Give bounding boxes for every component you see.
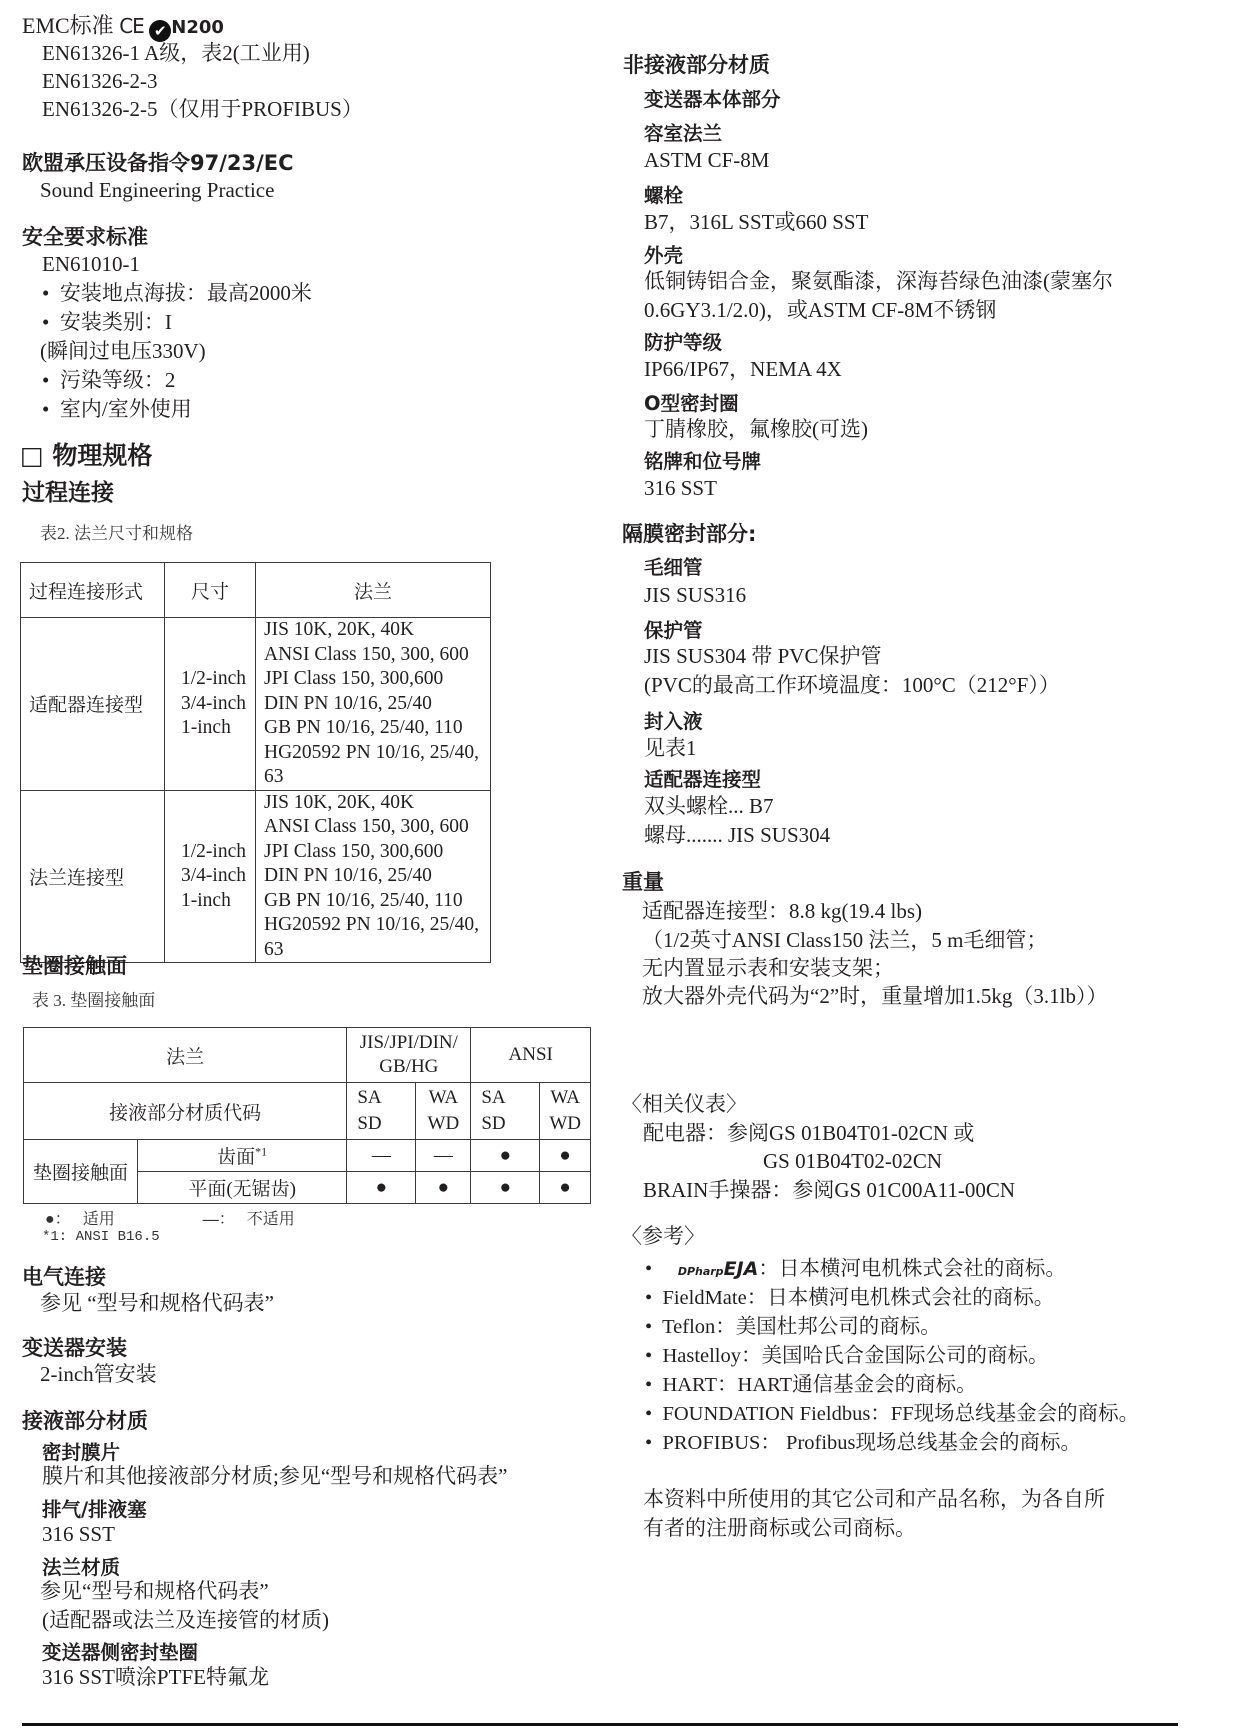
table-row: 法兰连接型 1/2-inch 3/4-inch 1-inch JIS 10K, … <box>21 790 491 963</box>
connection-type-cell: 适配器连接型 <box>21 618 165 791</box>
flange-value: JIS 10K, 20K, 40K <box>264 791 490 816</box>
bullet: • <box>645 1432 652 1454</box>
flange-value: HG20592 PN 10/16, 25/40, 63 <box>264 741 490 790</box>
table-legend: ●： 适用 —： 不适用 <box>45 1206 295 1229</box>
reference-heading: 〈参考〉 <box>621 1220 705 1250</box>
wetted-item-value: 316 SST喷涂PTFE特氟龙 <box>42 1664 269 1691</box>
flange-value: JPI Class 150, 300,600 <box>264 840 490 865</box>
code: SD <box>481 1111 539 1137</box>
code: SD <box>357 1111 415 1137</box>
value-cell: ● <box>347 1172 416 1204</box>
reference-text: ：日本横河电机株式会社的商标。 <box>758 1258 1066 1280</box>
c-tick-mark-icon: ✔ <box>149 20 171 42</box>
process-connection-heading: 过程连接 <box>22 474 114 507</box>
table-header-row: 法兰 JIS/JPI/DIN/ GB/HG ANSI <box>24 1028 591 1083</box>
wetted-item-value: 参见“型号和规格代码表” <box>40 1578 269 1605</box>
code: WD <box>540 1111 590 1137</box>
weight-line: 适配器连接型：8.8 kg(19.4 lbs) <box>642 898 922 925</box>
safety-item: • 安装地点海拔：最高2000米 <box>42 280 312 307</box>
code-cell: WAWD <box>540 1083 591 1140</box>
flange-cell: JIS 10K, 20K, 40K ANSI Class 150, 300, 6… <box>256 790 491 963</box>
code: WA <box>416 1085 470 1111</box>
weight-line: 放大器外壳代码为“2”时，重量增加1.5kg（3.1lb）） <box>642 983 1107 1010</box>
diaphragm-item-value: JIS SUS316 <box>644 582 746 609</box>
diaphragm-item-label: 保护管 <box>644 615 703 643</box>
diaphragm-item-value: 螺母....... JIS SUS304 <box>644 822 830 849</box>
code: WA <box>540 1085 590 1111</box>
flange-value: GB PN 10/16, 25/40, 110 <box>264 716 490 741</box>
non-wetted-item-label: 铭牌和位号牌 <box>644 446 761 474</box>
safety-item-text: 污染等级：2 <box>60 368 176 392</box>
wetted-item-value: 膜片和其他接液部分材质;参见“型号和规格代码表” <box>42 1463 507 1490</box>
reference-item: • PROFIBUS： Profibus现场总线基金会的商标。 <box>645 1425 1081 1455</box>
wetted-material-heading: 接液部分材质 <box>22 1405 148 1435</box>
emc-title: EMC标准 <box>22 13 114 38</box>
safety-item: • 室内/室外使用 <box>42 396 192 423</box>
wetted-item-value: (适配器或法兰及连接管的材质) <box>42 1607 329 1634</box>
flange-value: JIS 10K, 20K, 40K <box>264 618 490 643</box>
value-cell: — <box>347 1140 416 1172</box>
diaphragm-item-value: JIS SUS304 带 PVC保护管 <box>644 643 881 670</box>
table-row: 接液部分材质代码 SASD WAWD SASD WAWD <box>24 1083 591 1140</box>
bullet: • <box>645 1258 652 1280</box>
weight-line: （1/2英寸ANSI Class150 法兰，5 m毛细管； <box>642 927 1047 954</box>
code-cell: SASD <box>347 1083 416 1140</box>
flange-cell: JIS 10K, 20K, 40K ANSI Class 150, 300, 6… <box>256 618 491 791</box>
non-wetted-item-label: 防护等级 <box>644 327 722 355</box>
reference-item: • FieldMate：日本横河电机株式会社的商标。 <box>645 1280 1054 1310</box>
applicable-label: 适用 <box>83 1211 115 1228</box>
safety-item-note: (瞬间过电压330V) <box>40 338 206 365</box>
non-wetted-item-label: O型密封圈 <box>644 388 739 416</box>
wetted-item-label: 法兰材质 <box>42 1552 120 1580</box>
size-value: 3/4-inch <box>181 692 255 717</box>
diaphragm-item-value: 双头螺栓... B7 <box>644 793 774 820</box>
header-cell: 法兰 <box>256 563 491 618</box>
flange-value: GB PN 10/16, 25/40, 110 <box>264 889 490 914</box>
mounting-text: 2-inch管安装 <box>40 1361 157 1388</box>
non-wetted-item-value: B7，316L SST或660 SST <box>644 209 868 236</box>
trademark-note: 本资料中所使用的其它公司和产品名称，为各自所 <box>643 1486 1105 1513</box>
reference-text: FOUNDATION Fieldbus：FF现场总线基金会的商标。 <box>662 1403 1139 1425</box>
group-label: GB/HG <box>347 1055 470 1079</box>
diaphragm-item-label: 毛细管 <box>644 552 703 580</box>
bullet: • <box>645 1287 652 1309</box>
code-cell: SASD <box>471 1083 540 1140</box>
row-label: 齿面*1 <box>138 1140 347 1172</box>
table2-caption: 表2. 法兰尺寸和规格 <box>40 519 193 544</box>
dpharp-logo: DPharp <box>678 1265 724 1278</box>
table-header-row: 过程连接形式 尺寸 法兰 <box>21 563 491 618</box>
reference-text: Teflon：美国杜邦公司的商标。 <box>662 1316 941 1338</box>
checkbox-icon: □ <box>20 441 44 470</box>
table-row: 适配器连接型 1/2-inch 3/4-inch 1-inch JIS 10K,… <box>21 618 491 791</box>
code: SA <box>357 1085 415 1111</box>
reference-text: PROFIBUS： Profibus现场总线基金会的商标。 <box>662 1432 1081 1454</box>
safety-item-text: 安装类别：I <box>60 310 172 334</box>
bullet: • <box>645 1316 652 1338</box>
non-wetted-subtitle: 变送器本体部分 <box>644 84 781 112</box>
related-line: 配电器：参阅GS 01B04T01-02CN 或 <box>643 1120 974 1147</box>
row-label: 平面(无锯齿) <box>138 1172 347 1204</box>
connection-type-cell: 法兰连接型 <box>21 790 165 963</box>
ce-mark-icon: CE <box>119 14 144 38</box>
value-cell: ● <box>540 1172 591 1204</box>
size-value: 1/2-inch <box>181 840 255 865</box>
bottom-divider <box>22 1723 1178 1726</box>
bullet: • <box>645 1345 652 1367</box>
reference-text: Hastelloy：美国哈氏合金国际公司的商标。 <box>662 1345 1048 1367</box>
wetted-item-label: 排气/排液塞 <box>42 1494 147 1522</box>
material-code-label: 接液部分材质代码 <box>24 1083 347 1140</box>
gasket-contact-table: 法兰 JIS/JPI/DIN/ GB/HG ANSI 接液部分材质代码 SASD… <box>23 1027 591 1204</box>
reference-item: • Hastelloy：美国哈氏合金国际公司的商标。 <box>645 1338 1049 1368</box>
flange-value: ANSI Class 150, 300, 600 <box>264 643 490 668</box>
flange-value: ANSI Class 150, 300, 600 <box>264 815 490 840</box>
emc-line: EN61326-2-3 <box>42 68 157 95</box>
header-cell: 尺寸 <box>165 563 256 618</box>
non-wetted-item-value: 丁腈橡胶，氟橡胶(可选) <box>644 416 868 443</box>
value-cell: ● <box>471 1172 540 1204</box>
value-cell: ● <box>540 1140 591 1172</box>
safety-item: • 污染等级：2 <box>42 367 175 394</box>
related-line: GS 01B04T02-02CN <box>763 1148 942 1175</box>
footnote-ref: *1 <box>255 1145 267 1159</box>
non-wetted-item-value: 低铜铸铝合金，聚氨酯漆，深海苔绿色油漆(蒙塞尔 <box>644 268 1113 295</box>
emc-heading: EMC标准 CE ✔N200 <box>22 12 224 42</box>
bullet: • <box>645 1403 652 1425</box>
jis-group-header-cell: JIS/JPI/DIN/ GB/HG <box>347 1028 471 1083</box>
diaphragm-item-value: (PVC的最高工作环境温度：100°C（212°F）） <box>644 672 1060 699</box>
non-wetted-item-label: 容室法兰 <box>644 118 722 146</box>
n200-mark: N200 <box>171 17 224 38</box>
gasket-heading: 垫圈接触面 <box>22 950 127 980</box>
footnote: *1: ANSI B16.5 <box>42 1229 160 1245</box>
reference-text: HART：HART通信基金会的商标。 <box>662 1374 976 1396</box>
related-line: BRAIN手操器：参阅GS 01C00A11-00CN <box>643 1177 1015 1204</box>
safety-item-text: 室内/室外使用 <box>60 397 192 421</box>
size-value: 1-inch <box>181 889 255 914</box>
wetted-item-label: 密封膜片 <box>42 1437 120 1465</box>
value-cell: ● <box>416 1172 471 1204</box>
code: WD <box>416 1111 470 1137</box>
electrical-text: 参见 “型号和规格代码表” <box>40 1290 274 1317</box>
ped-heading: 欧盟承压设备指令97/23/EC <box>22 147 294 177</box>
flange-value: DIN PN 10/16, 25/40 <box>264 692 490 717</box>
diaphragm-item-label: 适配器连接型 <box>644 764 761 792</box>
size-value: 1/2-inch <box>181 667 255 692</box>
bullet: • <box>645 1374 652 1396</box>
value-cell: — <box>416 1140 471 1172</box>
header-cell: 过程连接形式 <box>21 563 165 618</box>
row-label-text: 齿面 <box>217 1147 255 1168</box>
eja-logo: EJA <box>724 1258 759 1280</box>
flange-value: HG20592 PN 10/16, 25/40, 63 <box>264 913 490 962</box>
weight-line: 无内置显示表和安装支架； <box>642 955 894 982</box>
ped-line: Sound Engineering Practice <box>40 177 274 204</box>
wetted-item-value: 316 SST <box>42 1521 115 1548</box>
flange-size-table: 过程连接形式 尺寸 法兰 适配器连接型 1/2-inch 3/4-inch 1-… <box>20 562 491 963</box>
non-wetted-item-value: 316 SST <box>644 475 717 502</box>
not-applicable-symbol-icon: — <box>203 1211 219 1228</box>
non-wetted-item-value: 0.6GY3.1/2.0)，或ASTM CF-8M不锈钢 <box>644 297 996 324</box>
reference-item: • DPharpEJA：日本横河电机株式会社的商标。 <box>645 1251 1066 1281</box>
code-cell: WAWD <box>416 1083 471 1140</box>
group-label: JIS/JPI/DIN/ <box>347 1031 470 1055</box>
diaphragm-seal-heading: 隔膜密封部分: <box>622 518 756 548</box>
reference-item: • FOUNDATION Fieldbus：FF现场总线基金会的商标。 <box>645 1396 1139 1426</box>
size-value: 1-inch <box>181 716 255 741</box>
related-instruments-heading: 〈相关仪表〉 <box>621 1088 747 1118</box>
mounting-heading: 变送器安装 <box>22 1332 127 1362</box>
reference-item: • HART：HART通信基金会的商标。 <box>645 1367 977 1397</box>
applicable-symbol-icon: ● <box>45 1211 55 1228</box>
not-applicable-label: 不适用 <box>247 1211 295 1228</box>
non-wetted-item-label: 螺栓 <box>644 180 683 208</box>
trademark-note: 有者的注册商标或公司商标。 <box>643 1515 916 1542</box>
non-wetted-item-value: IP66/IP67，NEMA 4X <box>644 356 842 383</box>
non-wetted-item-label: 外壳 <box>644 240 683 268</box>
flange-header-cell: 法兰 <box>24 1028 347 1083</box>
reference-item: • Teflon：美国杜邦公司的商标。 <box>645 1309 941 1339</box>
emc-line: EN61326-2-5（仅用于PROFIBUS） <box>42 96 363 123</box>
electrical-heading: 电气连接 <box>22 1261 106 1291</box>
table3-caption: 表 3. 垫圈接触面 <box>32 986 155 1011</box>
value-cell: ● <box>471 1140 540 1172</box>
ansi-group-header-cell: ANSI <box>471 1028 591 1083</box>
gasket-row-group-label: 垫圈接触面 <box>24 1140 138 1204</box>
table-row: 垫圈接触面 齿面*1 — — ● ● <box>24 1140 591 1172</box>
emc-line: EN61326-1 A级，表2(工业用) <box>42 40 310 67</box>
size-value: 3/4-inch <box>181 864 255 889</box>
code: SA <box>481 1085 539 1111</box>
safety-heading: 安全要求标准 <box>22 221 148 251</box>
safety-standard: EN61010-1 <box>42 251 140 278</box>
size-cell: 1/2-inch 3/4-inch 1-inch <box>165 790 256 963</box>
size-cell: 1/2-inch 3/4-inch 1-inch <box>165 618 256 791</box>
diaphragm-item-label: 封入液 <box>644 706 703 734</box>
diaphragm-item-value: 见表1 <box>644 735 697 762</box>
wetted-item-label: 变送器侧密封垫圈 <box>42 1637 198 1665</box>
safety-item-text: 安装地点海拔：最高2000米 <box>60 281 312 305</box>
flange-value: DIN PN 10/16, 25/40 <box>264 864 490 889</box>
non-wetted-item-value: ASTM CF-8M <box>644 147 769 174</box>
safety-item: • 安装类别：I <box>42 309 172 336</box>
weight-heading: 重量 <box>622 866 664 896</box>
reference-text: FieldMate：日本横河电机株式会社的商标。 <box>662 1287 1054 1309</box>
physical-spec-title: 物理规格 <box>52 441 152 470</box>
physical-spec-heading: □ 物理规格 <box>20 436 152 472</box>
non-wetted-heading: 非接液部分材质 <box>623 49 770 79</box>
flange-value: JPI Class 150, 300,600 <box>264 667 490 692</box>
